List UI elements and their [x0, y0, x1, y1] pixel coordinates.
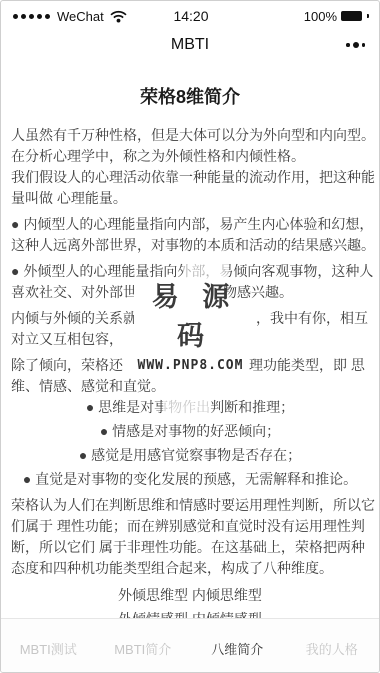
nav-bar: MBTI — [1, 29, 379, 61]
page-title: MBTI — [171, 36, 209, 54]
bullet-line: ● 直觉是对事物的变化发展的预感，无需解释和推论。 — [11, 469, 369, 490]
text-line: 我们假设人的心理活动依靠一种能量的流动作用，把这种能 — [11, 167, 369, 188]
battery-icon — [341, 11, 362, 21]
text-line: 态度和四种机功能类型组合起来，构成了八种维度。 — [11, 558, 369, 579]
signal-dot-icon — [37, 14, 42, 19]
text-line: 量叫做 心理能量。 — [11, 188, 369, 209]
clock-time: 14:20 — [153, 8, 229, 24]
signal-dot-icon — [13, 14, 18, 19]
signal-dot-icon — [21, 14, 26, 19]
bullet-line: ● 感觉是用感官觉察事物是否存在； — [11, 445, 369, 466]
type-pair-line: 外倾思维型 内倾思维型 — [11, 585, 369, 606]
tab-eight-dim-intro[interactable]: 八维简介 — [190, 619, 285, 672]
bullet-line: ● 内倾型人的心理能量指向内部，易产生内心体验和幻想， — [11, 214, 369, 235]
bullet-line: ● 思维是对事物作出判断和推理； — [11, 397, 369, 418]
more-menu-icon[interactable] — [346, 42, 365, 48]
text-line: 在分析心理学中，称之为外倾性格和内倾性格。 — [11, 146, 369, 167]
bullet-line: ● 外倾型人的心理能量指向外部，易倾向客观事物，这种人 — [11, 261, 369, 282]
battery-percent-label: 100% — [304, 9, 337, 24]
text-line: 荣格认为人们在判断思维和情感时要运用理性判断，所以它 — [11, 495, 369, 516]
watermark-smudge — [183, 263, 229, 279]
wifi-icon — [110, 10, 127, 23]
tab-my-personality[interactable]: 我的人格 — [285, 619, 380, 672]
battery-group: 100% — [229, 9, 369, 24]
watermark-url-text: WWW.PNP8.COM — [138, 358, 244, 373]
signal-dot-icon — [45, 14, 50, 19]
carrier-label: WeChat — [57, 9, 104, 24]
tab-bar: MBTI测试 MBTI简介 八维简介 我的人格 — [1, 618, 379, 672]
article-title: 荣格8维简介 — [11, 85, 369, 109]
signal-carrier-group: WeChat — [13, 9, 153, 24]
bullet-line: ● 情感是对事物的好恶倾向； — [11, 421, 369, 442]
watermark-smudge — [163, 399, 211, 415]
text-line: 们属于 理性功能；而在辨别感觉和直觉时没有运用理性判 — [11, 516, 369, 537]
signal-dot-icon — [29, 14, 34, 19]
tab-mbti-intro[interactable]: MBTI简介 — [96, 619, 191, 672]
text-line: 断，所以它们 属于非理性功能。在这基础上，荣格把两种 — [11, 537, 369, 558]
wechat-miniprogram-window: WeChat 14:20 100% MBTI 荣格8维简介 人虽然有千万种性格，… — [0, 0, 380, 673]
battery-nub-icon — [367, 14, 369, 18]
text-line: 维、情感、感觉和直觉。 — [11, 376, 369, 397]
status-bar: WeChat 14:20 100% — [1, 1, 379, 29]
text-line: 这种人远离外部世界，对事物的本质和活动的结果感兴趣。 — [11, 235, 369, 256]
tab-mbti-test[interactable]: MBTI测试 — [1, 619, 96, 672]
text-line: 人虽然有千万种性格，但是大体可以分为外向型和内向型。 — [11, 125, 369, 146]
